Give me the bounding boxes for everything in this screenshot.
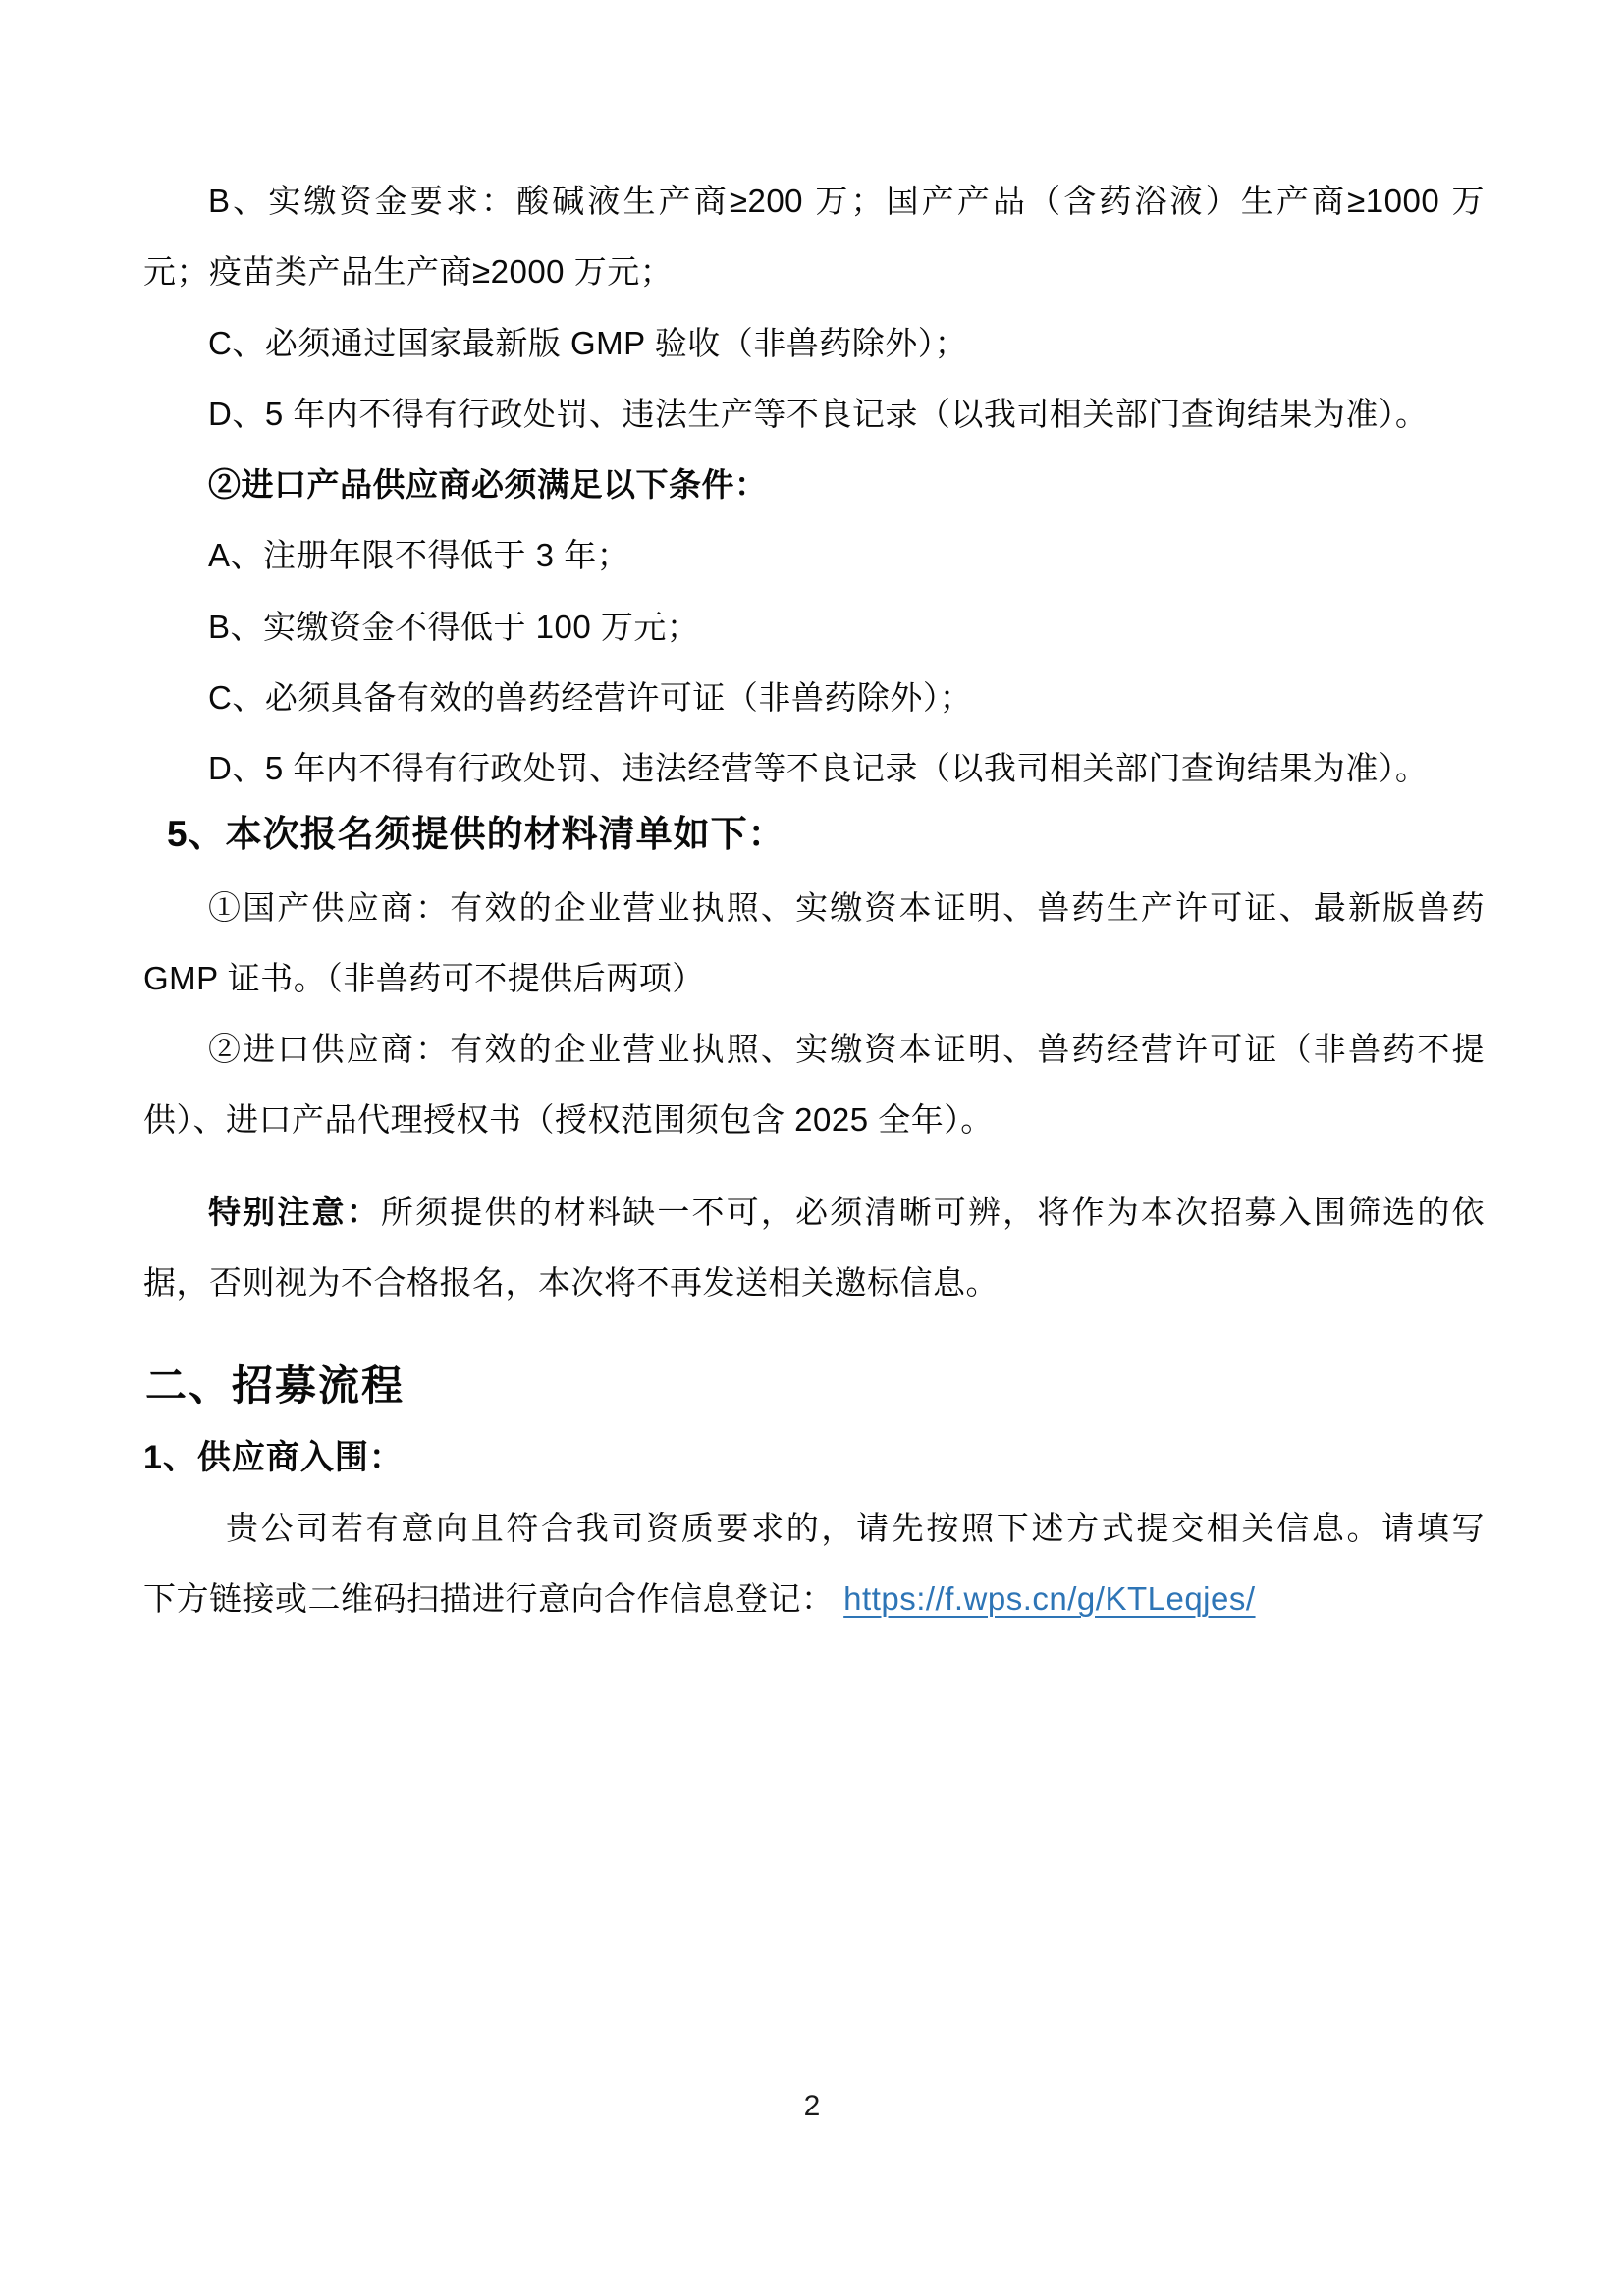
- import-condition-a: A、注册年限不得低于 3 年；: [143, 534, 1485, 577]
- domestic-supplier-materials-line2: GMP 证书。（非兽药可不提供后两项）: [143, 957, 1485, 1000]
- import-condition-c: C、必须具备有效的兽药经营许可证（非兽药除外）；: [143, 676, 1485, 720]
- domestic-supplier-materials-line1: ①国产供应商：有效的企业营业执照、实缴资本证明、兽药生产许可证、最新版兽药: [143, 886, 1485, 930]
- import-supplier-conditions-header: ②进口产品供应商必须满足以下条件：: [143, 463, 1485, 507]
- import-supplier-materials-line2: 供）、进口产品代理授权书（授权范围须包含 2025 全年）。: [143, 1098, 1485, 1142]
- item-gmp-requirement: C、必须通过国家最新版 GMP 验收（非兽药除外）；: [143, 322, 1485, 365]
- import-supplier-materials-line1: ②进口供应商：有效的企业营业执照、实缴资本证明、兽药经营许可证（非兽药不提: [143, 1028, 1485, 1071]
- recruitment-process-heading: 二、招募流程: [145, 1359, 1485, 1414]
- materials-list-heading: 5、本次报名须提供的材料清单如下：: [167, 811, 1485, 858]
- registration-link-prefix: 下方链接或二维码扫描进行意向合作信息登记：: [143, 1580, 835, 1617]
- supplier-shortlist-subheading: 1、供应商入围：: [143, 1435, 1485, 1480]
- special-notice-text: 所须提供的材料缺一不可，必须清晰可辨，将作为本次招募入围筛选的依: [381, 1194, 1485, 1230]
- item-capital-requirement-line2: 元；疫苗类产品生产商≥2000 万元；: [143, 250, 1485, 294]
- item-record-requirement: D、5 年内不得有行政处罚、违法生产等不良记录（以我司相关部门查询结果为准）。: [143, 393, 1485, 436]
- special-notice-label: 特别注意：: [208, 1194, 381, 1230]
- special-notice-line2: 据，否则视为不合格报名，本次将不再发送相关邀标信息。: [143, 1261, 1485, 1305]
- document-page: B、实缴资金要求：酸碱液生产商≥200 万；国产产品（含药浴液）生产商≥1000…: [0, 0, 1624, 2296]
- registration-link[interactable]: https://f.wps.cn/g/KTLeqjes/: [843, 1580, 1255, 1617]
- page-number: 2: [0, 2087, 1624, 2126]
- item-capital-requirement-line1: B、实缴资金要求：酸碱液生产商≥200 万；国产产品（含药浴液）生产商≥1000…: [143, 180, 1485, 223]
- shortlist-paragraph-line2: 下方链接或二维码扫描进行意向合作信息登记： https://f.wps.cn/g…: [143, 1577, 1485, 1621]
- import-condition-b: B、实缴资金不得低于 100 万元；: [143, 606, 1485, 649]
- special-notice-line1: 特别注意：所须提供的材料缺一不可，必须清晰可辨，将作为本次招募入围筛选的依: [143, 1191, 1485, 1234]
- shortlist-paragraph-line1: 贵公司若有意向且符合我司资质要求的，请先按照下述方式提交相关信息。请填写: [143, 1507, 1485, 1550]
- import-condition-d: D、5 年内不得有行政处罚、违法经营等不良记录（以我司相关部门查询结果为准）。: [143, 747, 1485, 790]
